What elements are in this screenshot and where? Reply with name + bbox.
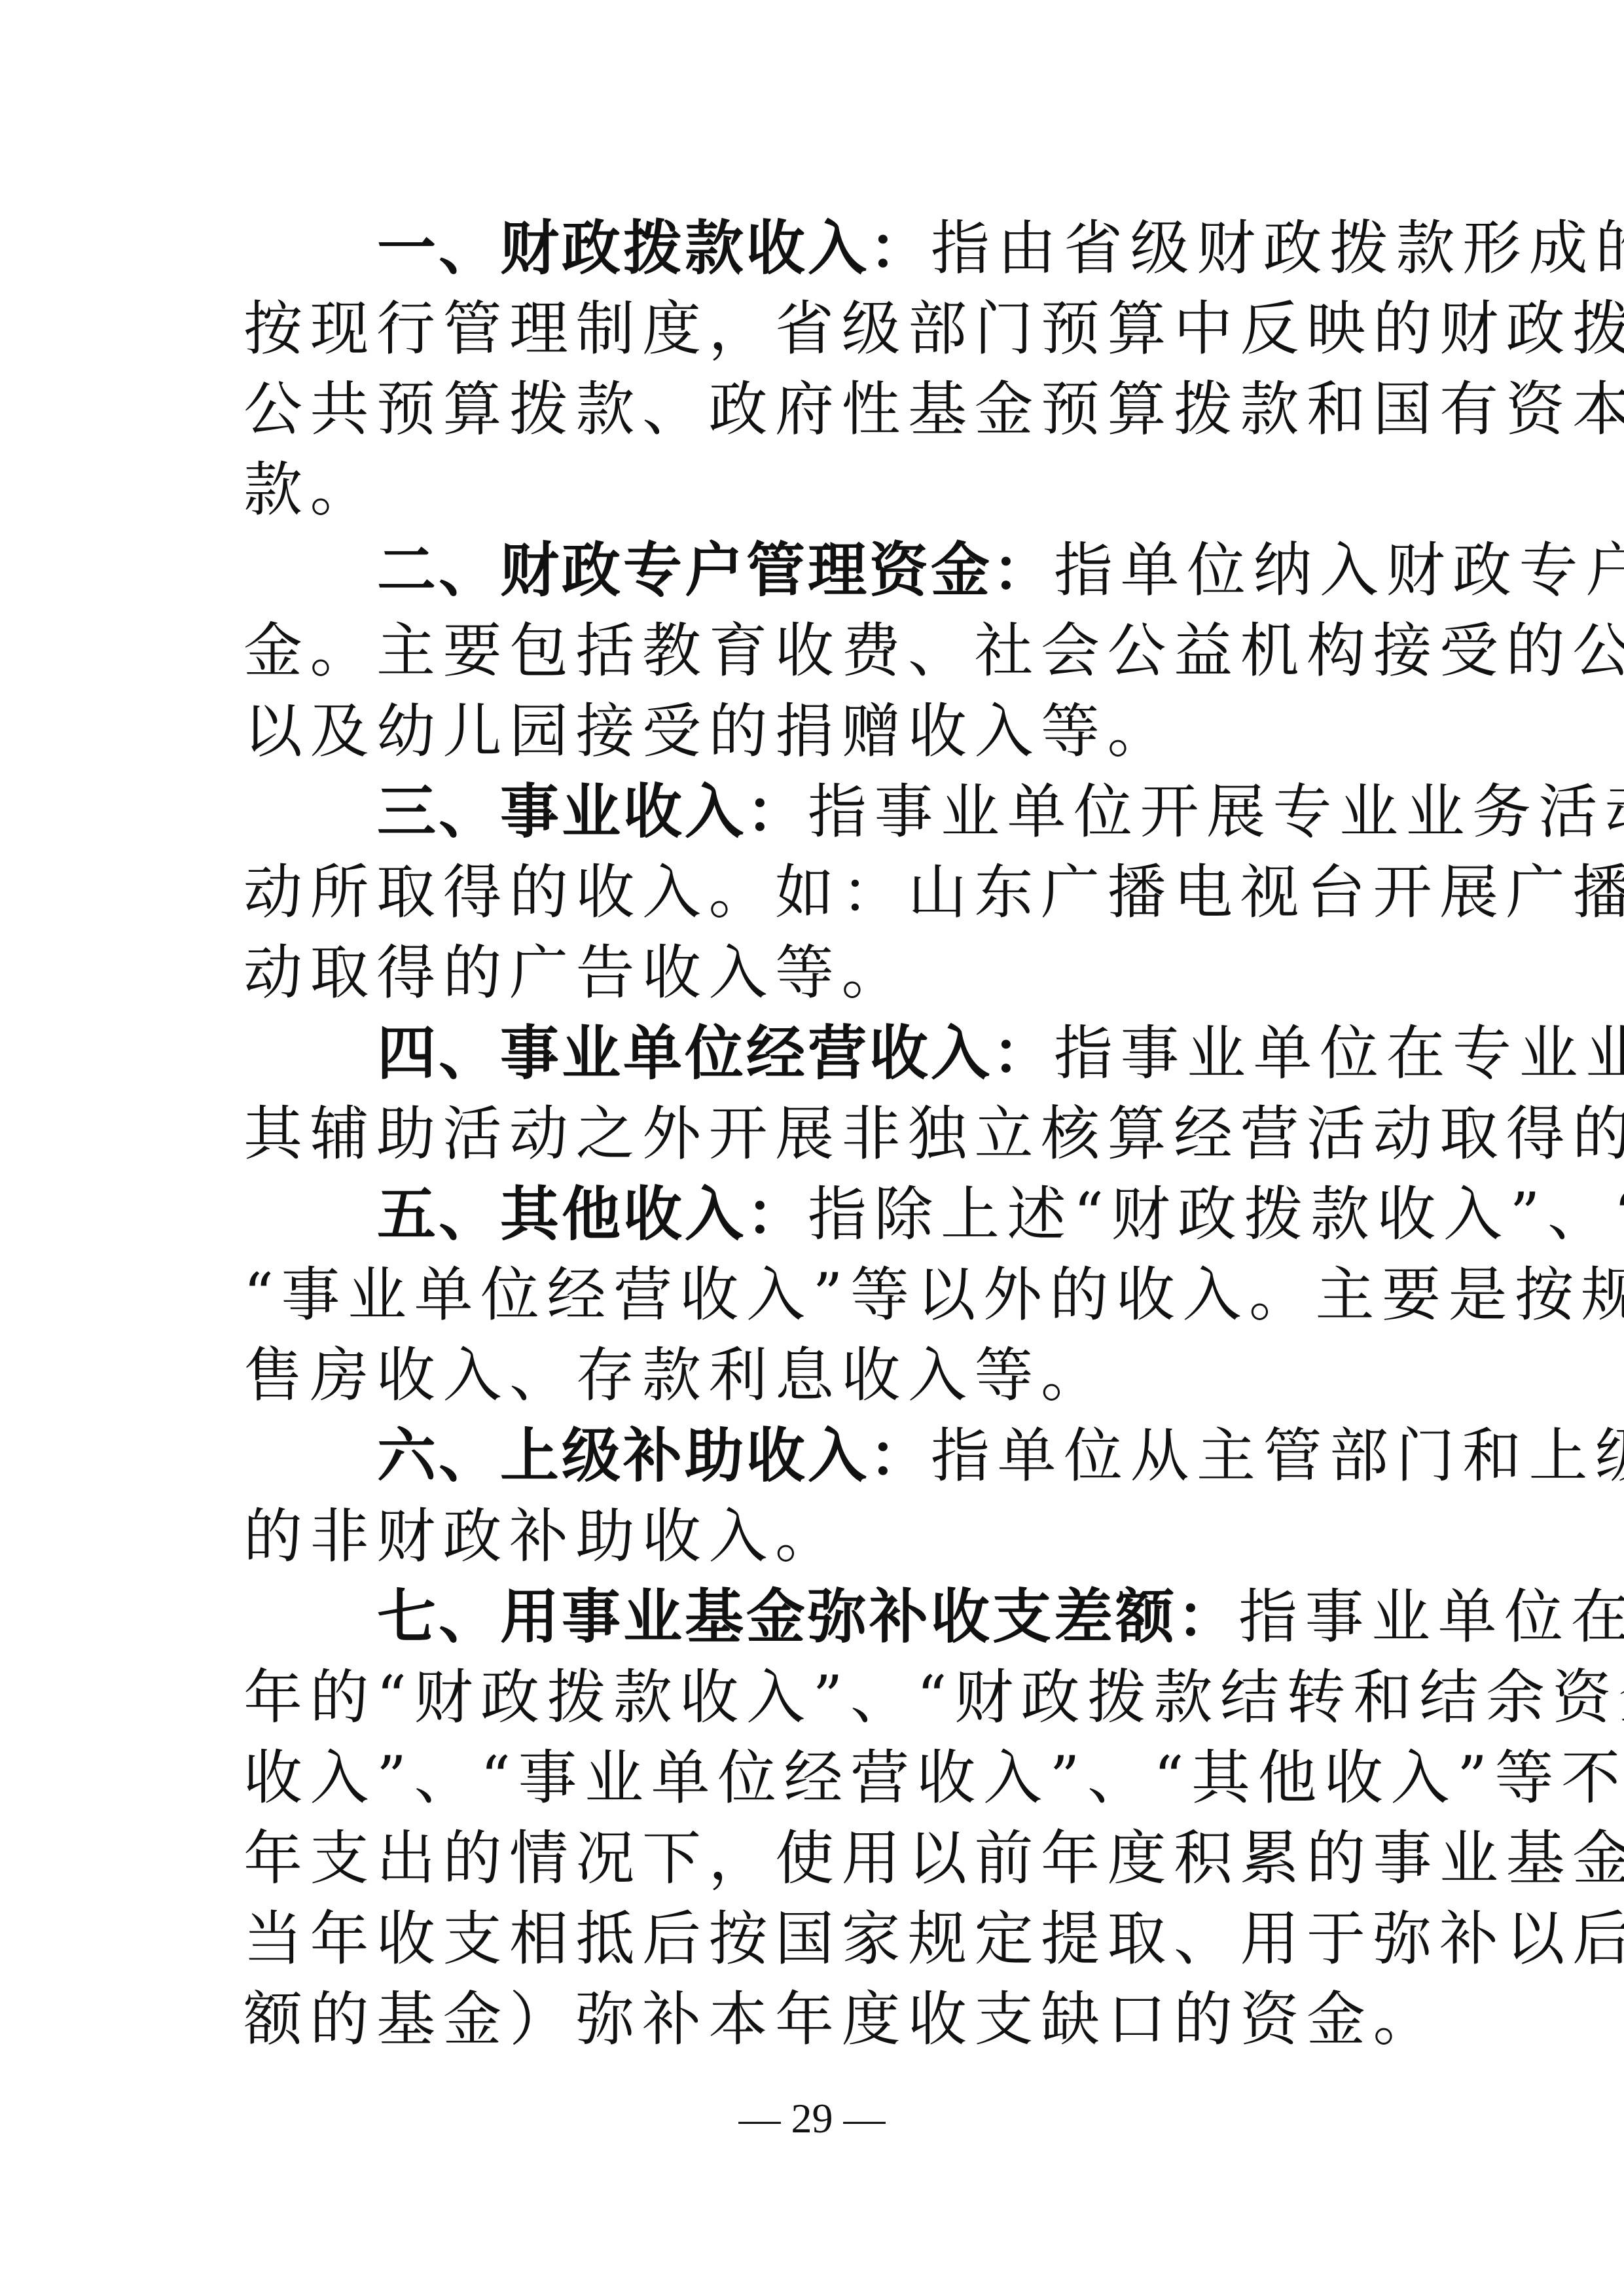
paragraph-superior-subsidy-income: 六、上级补助收入：指单位从主管部门和上级单位取得 的非财政补助收入。 xyxy=(244,1416,1396,1577)
paragraph-fiscal-appropriation-income: 一、财政拨款收入：指由省级财政拨款形成的部门收入。 按现行管理制度，省级部门预算… xyxy=(244,208,1396,530)
paragraph-text: 指单位从主管部门和上级单位取得 xyxy=(931,1422,1624,1490)
paragraph-fiscal-special-account-funds: 二、财政专户管理资金：指单位纳入财政专户管理的资 金。主要包括教育收费、社会公益… xyxy=(244,530,1396,772)
paragraph-heading: 三、事业收入： xyxy=(377,778,808,846)
paragraph-heading: 六、上级补助收入： xyxy=(377,1422,931,1490)
paragraph-line: 三、事业收入：指事业单位开展专业业务活动及辅助活 xyxy=(244,772,1396,852)
paragraph-line: 的非财政补助收入。 xyxy=(244,1496,1396,1577)
paragraph-other-income: 五、其他收入：指除上述“财政拨款收入”、“事业收入”、 “事业单位经营收入”等以… xyxy=(244,1174,1396,1416)
paragraph-line: 额的基金）弥补本年度收支缺口的资金。 xyxy=(244,1979,1396,2060)
paragraph-heading: 二、财政专户管理资金： xyxy=(377,536,1054,605)
paragraph-text: 指单位纳入财政专户管理的资 xyxy=(1054,536,1624,605)
paragraph-heading: 五、其他收入： xyxy=(377,1180,808,1249)
paragraph-line: “事业单位经营收入”等以外的收入。主要是按规定动用的 xyxy=(244,1255,1396,1335)
page-number: — 29 — xyxy=(0,2094,1624,2143)
paragraph-line: 金。主要包括教育收费、社会公益机构接受的公益捐赠收入， xyxy=(244,611,1396,691)
paragraph-line: 收入”、“事业单位经营收入”、“其他收入”等不足以安排当 xyxy=(244,1738,1396,1818)
paragraph-line: 年的“财政拨款收入”、“财政拨款结转和结余资金”、“事业 xyxy=(244,1657,1396,1738)
paragraph-heading: 一、财政拨款收入： xyxy=(377,214,931,283)
paragraph-line: 其辅助活动之外开展非独立核算经营活动取得的收入。 xyxy=(244,1094,1396,1174)
paragraph-business-fund-offset: 七、用事业基金弥补收支差额：指事业单位在预计用当 年的“财政拨款收入”、“财政拨… xyxy=(244,1577,1396,2060)
paragraph-line: 动所取得的收入。如：山东广播电视台开展广播电视播出活 xyxy=(244,852,1396,933)
paragraph-text: 指事业单位在专业业务活动及 xyxy=(1054,1019,1624,1088)
paragraph-line: 四、事业单位经营收入：指事业单位在专业业务活动及 xyxy=(244,1013,1396,1094)
paragraph-line: 当年收支相抵后按国家规定提取、用于弥补以后年度收支差 xyxy=(244,1899,1396,1979)
paragraph-text: 指事业单位开展专业业务活动及辅助活 xyxy=(808,778,1624,846)
paragraph-line: 六、上级补助收入：指单位从主管部门和上级单位取得 xyxy=(244,1416,1396,1496)
paragraph-line: 款。 xyxy=(244,450,1396,530)
paragraph-heading: 四、事业单位经营收入： xyxy=(377,1019,1054,1088)
document-body: 一、财政拨款收入：指由省级财政拨款形成的部门收入。 按现行管理制度，省级部门预算… xyxy=(244,208,1396,2060)
paragraph-line: 五、其他收入：指除上述“财政拨款收入”、“事业收入”、 xyxy=(244,1174,1396,1255)
paragraph-line: 二、财政专户管理资金：指单位纳入财政专户管理的资 xyxy=(244,530,1396,611)
paragraph-line: 动取得的广告收入等。 xyxy=(244,933,1396,1013)
paragraph-line: 公共预算拨款、政府性基金预算拨款和国有资本经营预算拨 xyxy=(244,369,1396,450)
paragraph-business-income: 三、事业收入：指事业单位开展专业业务活动及辅助活 动所取得的收入。如：山东广播电… xyxy=(244,772,1396,1013)
paragraph-line: 一、财政拨款收入：指由省级财政拨款形成的部门收入。 xyxy=(244,208,1396,289)
document-page: 一、财政拨款收入：指由省级财政拨款形成的部门收入。 按现行管理制度，省级部门预算… xyxy=(0,0,1624,2296)
paragraph-line: 以及幼儿园接受的捐赠收入等。 xyxy=(244,691,1396,772)
paragraph-line: 按现行管理制度，省级部门预算中反映的财政拨款包括一般 xyxy=(244,289,1396,369)
paragraph-heading: 七、用事业基金弥补收支差额： xyxy=(377,1583,1238,1651)
paragraph-text: 指由省级财政拨款形成的部门收入。 xyxy=(931,214,1624,283)
paragraph-line: 年支出的情况下，使用以前年度积累的事业基金（事业单位 xyxy=(244,1818,1396,1899)
paragraph-text: 指事业单位在预计用当 xyxy=(1238,1583,1624,1651)
paragraph-text: 指除上述“财政拨款收入”、“事业收入”、 xyxy=(808,1180,1624,1249)
paragraph-line: 售房收入、存款利息收入等。 xyxy=(244,1335,1396,1416)
paragraph-line: 七、用事业基金弥补收支差额：指事业单位在预计用当 xyxy=(244,1577,1396,1657)
paragraph-operating-income: 四、事业单位经营收入：指事业单位在专业业务活动及 其辅助活动之外开展非独立核算经… xyxy=(244,1013,1396,1174)
